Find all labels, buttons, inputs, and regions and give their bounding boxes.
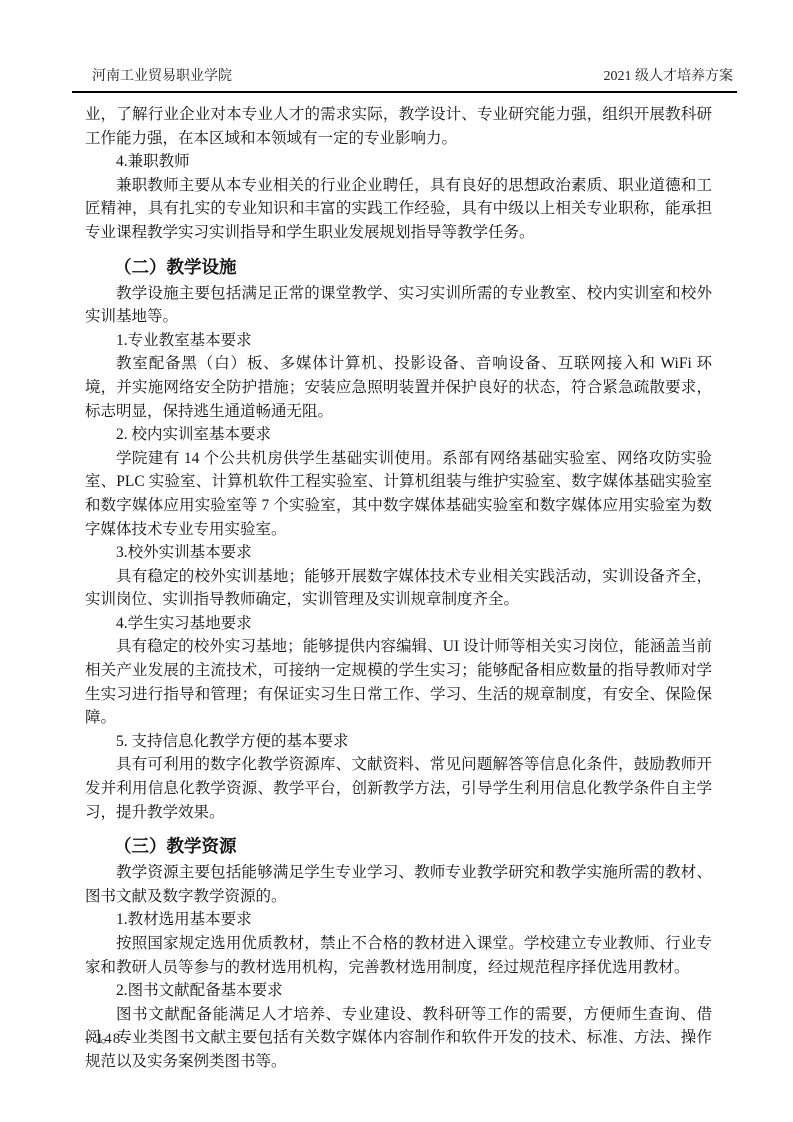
paragraph: 兼职教师主要从本专业相关的行业企业聘任，具有良好的思想政治素质、职业道德和工匠精… bbox=[85, 174, 712, 245]
page-number: - 148 - bbox=[85, 1031, 132, 1048]
paragraph: 具有稳定的校外实习基地；能够提供内容编辑、UI 设计师等相关实习岗位，能涵盖当前… bbox=[85, 635, 712, 729]
header-school-name: 河南工业贸易职业学院 bbox=[92, 65, 232, 85]
paragraph: 按照国家规定选用优质教材，禁止不合格的教材进入课堂。学校建立专业教师、行业专家和… bbox=[85, 932, 712, 979]
document-body: 业，了解行业企业对本专业人才的需求实际，教学设计、专业研究能力强，组织开展教科研… bbox=[85, 103, 712, 1074]
item-heading: 2. 校内实训室基本要求 bbox=[85, 423, 712, 447]
section-heading: （二）教学设施 bbox=[85, 252, 712, 282]
paragraph: 教室配备黑（白）板、多媒体计算机、投影设备、音响设备、互联网接入和 WiFi 环… bbox=[85, 352, 712, 423]
header-plan-title: 2021 级人才培养方案 bbox=[604, 65, 734, 85]
item-heading: 1.专业教室基本要求 bbox=[85, 329, 712, 353]
paragraph: 图书文献配备能满足人才培养、专业建设、教科研等工作的需要，方便师生查询、借阅。专… bbox=[85, 1003, 712, 1074]
paragraph: 教学资源主要包括能够满足学生专业学习、教师专业教学研究和教学实施所需的教材、图书… bbox=[85, 861, 712, 908]
paragraph: 教学设施主要包括满足正常的课堂教学、实习实训所需的专业教室、校内实训室和校外实训… bbox=[85, 282, 712, 329]
page-header: 河南工业贸易职业学院 2021 级人才培养方案 bbox=[72, 65, 737, 93]
paragraph: 学院建有 14 个公共机房供学生基础实训使用。系部有网络基础实验室、网络攻防实验… bbox=[85, 447, 712, 541]
item-heading: 2.图书文献配备基本要求 bbox=[85, 979, 712, 1003]
item-heading: 3.校外实训基本要求 bbox=[85, 541, 712, 565]
document-page: 河南工业贸易职业学院 2021 级人才培养方案 业，了解行业企业对本专业人才的需… bbox=[0, 0, 793, 1122]
paragraph: 具有稳定的校外实训基地；能够开展数字媒体技术专业相关实践活动，实训设备齐全，实训… bbox=[85, 565, 712, 612]
item-heading: 4.兼职教师 bbox=[85, 150, 712, 174]
item-heading: 4.学生实习基地要求 bbox=[85, 612, 712, 636]
paragraph: 具有可利用的数字化教学资源库、文献资料、常见问题解答等信息化条件，鼓励教师开发并… bbox=[85, 753, 712, 824]
item-heading: 5. 支持信息化教学方便的基本要求 bbox=[85, 730, 712, 754]
section-heading: （三）教学资源 bbox=[85, 831, 712, 861]
paragraph-continuation: 业，了解行业企业对本专业人才的需求实际，教学设计、专业研究能力强，组织开展教科研… bbox=[85, 103, 712, 150]
item-heading: 1.教材选用基本要求 bbox=[85, 908, 712, 932]
